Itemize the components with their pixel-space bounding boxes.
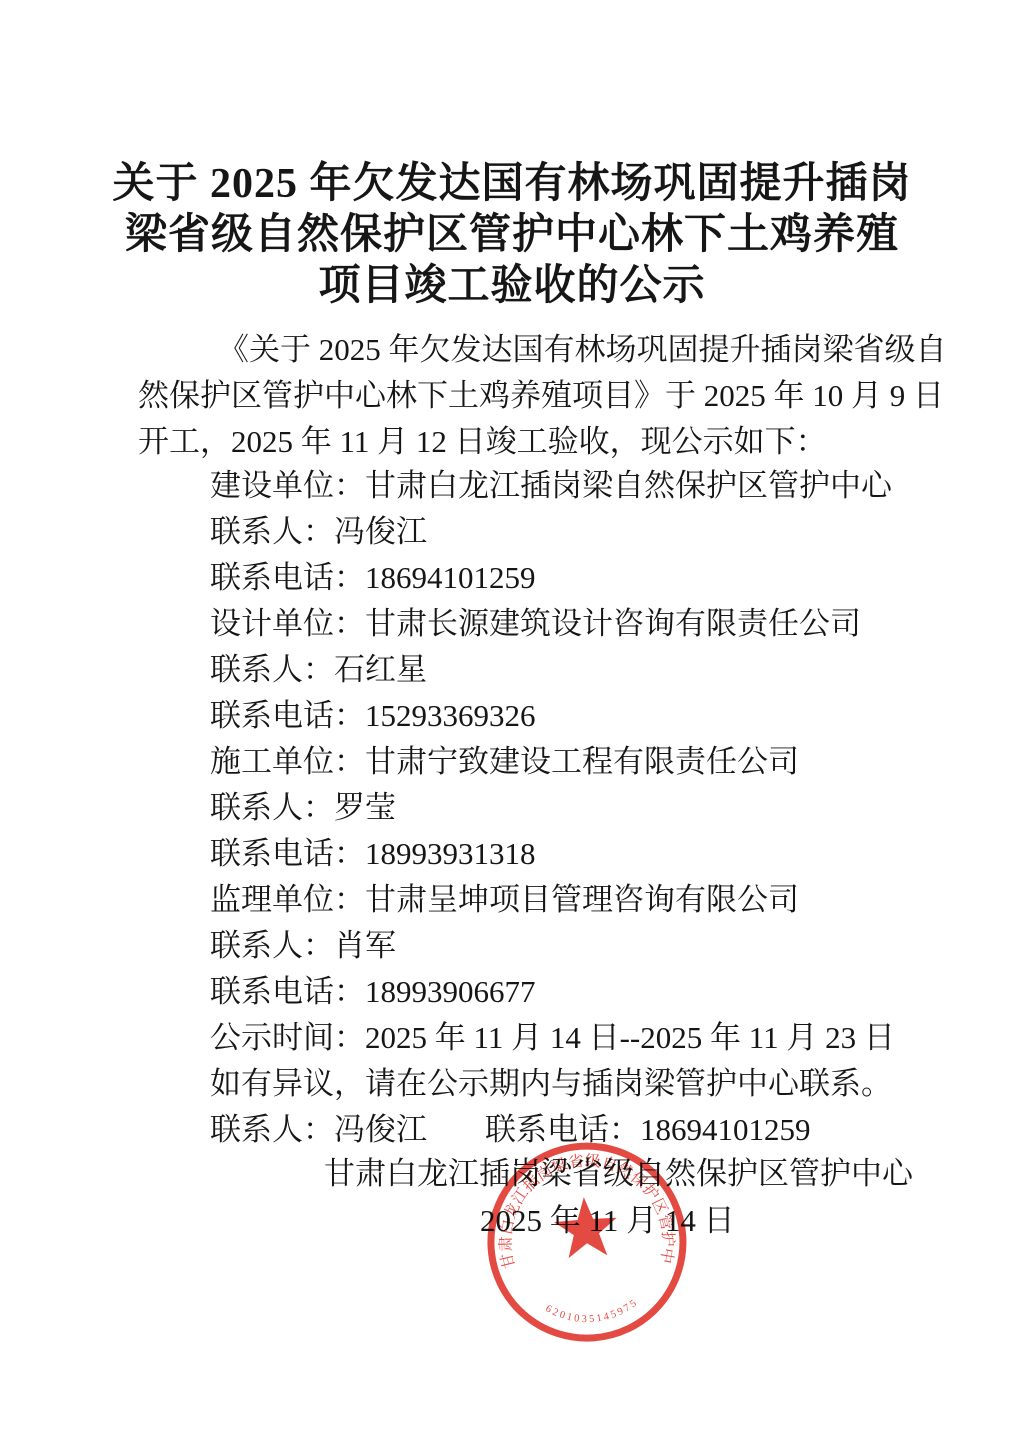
intro-line-2: 然保护区管护中心林下土鸡养殖项目》于 2025 年 10 月 9 日 xyxy=(138,380,944,411)
supervision-phone-line: 联系电话：18993906677 xyxy=(210,976,536,1007)
intro-line-3: 开工，2025 年 11 月 12 日竣工验收，现公示如下： xyxy=(138,426,827,457)
design-phone-line: 联系电话：15293369326 xyxy=(210,700,536,731)
construction-contact-line: 联系人：冯俊江 xyxy=(210,516,427,547)
final-contact-person: 联系人：冯俊江 xyxy=(210,1112,427,1147)
publicity-period-line: 公示时间：2025 年 11 月 14 日--2025 年 11 月 23 日 xyxy=(210,1022,895,1053)
document-page: 关于 2025 年欠发达国有林场巩固提升插岗 梁省级自然保护区管护中心林下土鸡养… xyxy=(0,0,1024,1447)
document-title-line-1: 关于 2025 年欠发达国有林场巩固提升插岗 xyxy=(0,163,1024,205)
construction-unit-line: 建设单位：甘肃白龙江插岗梁自然保护区管护中心 xyxy=(210,470,892,501)
intro-line-1: 《关于 2025 年欠发达国有林场巩固提升插岗梁省级自 xyxy=(218,334,947,365)
document-title-line-3: 项目竣工验收的公示 xyxy=(0,265,1024,307)
objection-note-line: 如有异议，请在公示期内与插岗梁管护中心联系。 xyxy=(210,1068,892,1099)
final-contact-line: 联系人：冯俊江联系电话：18694101259 xyxy=(210,1114,811,1145)
seal-ring-text: 甘肃白龙江插岗梁省级自然保护区管护中心 xyxy=(480,1135,679,1278)
seal-serial-number: 6201035145975 xyxy=(543,1297,640,1328)
builder-contact-line: 联系人：罗莹 xyxy=(210,792,396,823)
builder-unit-line: 施工单位：甘肃宁致建设工程有限责任公司 xyxy=(210,746,799,777)
construction-phone-line: 联系电话：18694101259 xyxy=(210,562,536,593)
builder-phone-line: 联系电话：18993931318 xyxy=(210,838,536,869)
supervision-unit-line: 监理单位：甘肃呈坤项目管理咨询有限公司 xyxy=(210,884,799,915)
document-title-line-2: 梁省级自然保护区管护中心林下土鸡养殖 xyxy=(0,214,1024,256)
seal-star-icon xyxy=(552,1195,619,1259)
design-contact-line: 联系人：石红星 xyxy=(210,654,427,685)
supervision-contact-line: 联系人：肖军 xyxy=(210,930,396,961)
official-seal: 甘肃白龙江插岗梁省级自然保护区管护中心 6201035145975 xyxy=(480,1135,696,1351)
design-unit-line: 设计单位：甘肃长源建筑设计咨询有限责任公司 xyxy=(210,608,861,639)
